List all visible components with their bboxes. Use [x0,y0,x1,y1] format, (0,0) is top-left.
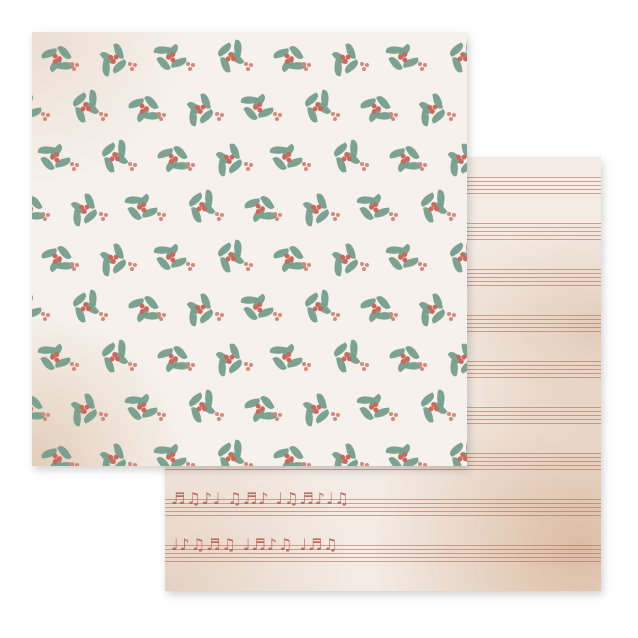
holly-sprig [436,432,467,466]
music-staff: ♬♫♪♩ ♫♬♪ ♩♫♬♪♩♫ [165,499,601,515]
music-notes: ♬♫♪♩ ♫♬♪ ♩♫♬♪♩♫ [171,489,595,519]
music-staff: ♩♪♫♬♫ ♩♬♪♫ ♩♬♫ [165,545,601,561]
holly-pattern-paper [32,32,467,466]
music-notes: ♩♪♫♬♫ ♩♬♪♫ ♩♬♫ [171,535,595,565]
